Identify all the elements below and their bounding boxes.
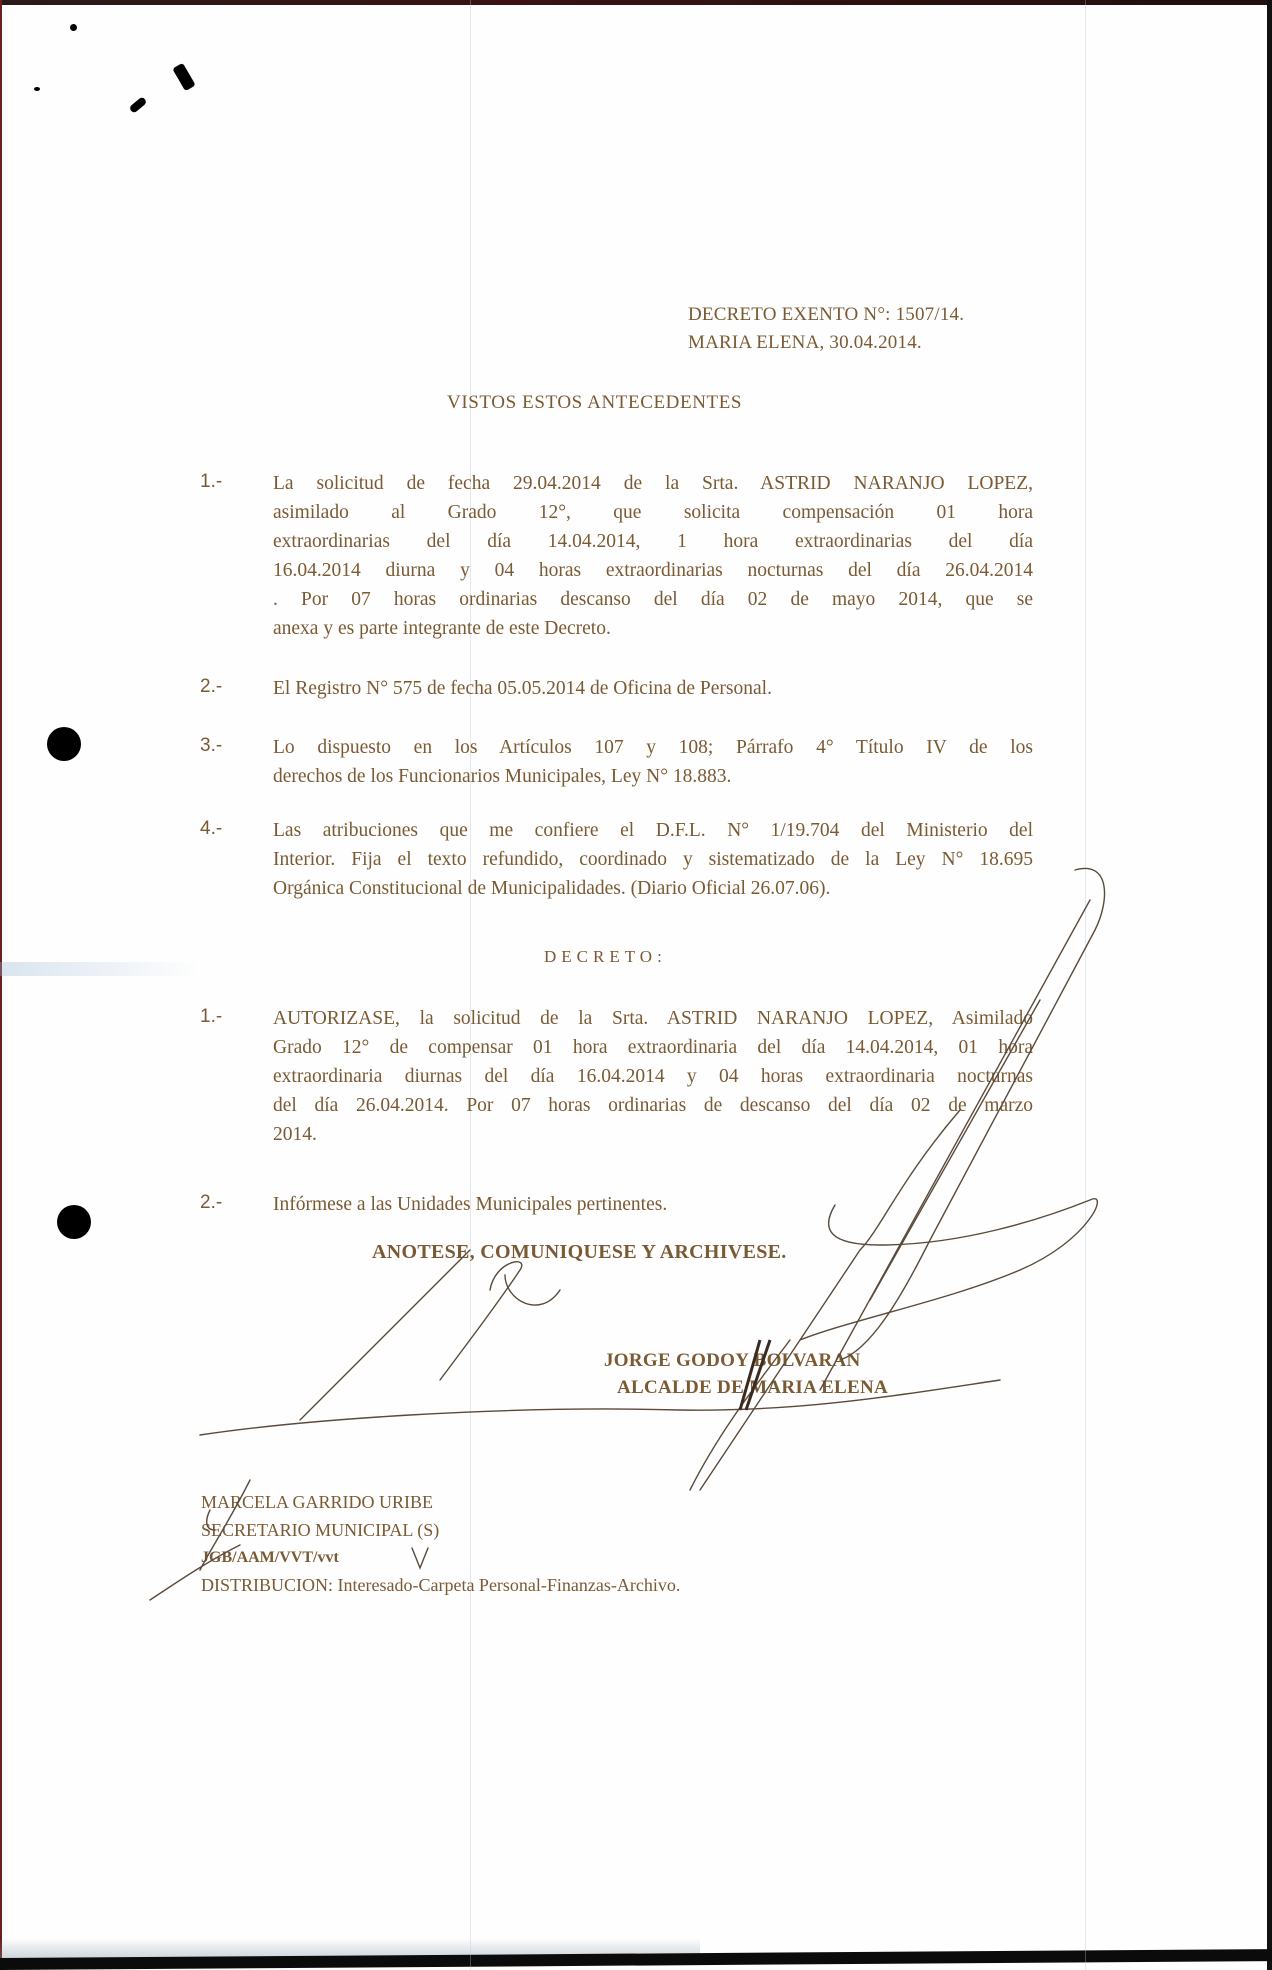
item-line: del día 26.04.2014. Por 07 horas ordinar…: [273, 1091, 1033, 1120]
item-line: asimilado al Grado 12°, que solicita com…: [273, 498, 1033, 527]
punch-hole: [47, 727, 81, 761]
mayor-name: JORGE GODOY BOLVARAN: [604, 1350, 861, 1372]
item-line: La solicitud de fecha 29.04.2014 de la S…: [273, 469, 1033, 498]
item-number: 1.-: [200, 1006, 222, 1028]
decreto-heading: DECRETO:: [544, 947, 667, 967]
item-number: 2.-: [200, 676, 222, 698]
item-line: derechos de los Funcionarios Municipales…: [273, 762, 1033, 791]
ink-speck: [34, 87, 40, 91]
scan-border-top: [0, 0, 1272, 5]
item-line: Infórmese a las Unidades Municipales per…: [273, 1190, 1033, 1219]
place-date: MARIA ELENA, 30.04.2014.: [688, 332, 922, 354]
ink-speck: [70, 24, 77, 31]
item-line: Las atribuciones que me confiere el D.F.…: [273, 816, 1033, 845]
item-number: 3.-: [200, 735, 222, 757]
decree-label: DECRETO EXENTO N°:: [688, 304, 891, 325]
secretary-title: SECRETARIO MUNICIPAL (S): [201, 1518, 439, 1542]
item-line: Interior. Fija el texto refundido, coord…: [273, 845, 1033, 874]
item-line: Orgánica Constitucional de Municipalidad…: [273, 874, 1033, 903]
item-line: Lo dispuesto en los Artículos 107 y 108;…: [273, 733, 1033, 762]
item-line: Grado 12° de compensar 01 hora extraordi…: [273, 1033, 1033, 1062]
item-line: El Registro N° 575 de fecha 05.05.2014 d…: [273, 674, 1033, 703]
secretary-name: MARCELA GARRIDO URIBE: [201, 1490, 433, 1514]
initials: JGB/AAM/VVT/vvt: [201, 1546, 339, 1570]
handwritten-signatures: [0, 0, 1272, 1970]
item-line: extraordinarias del día 14.04.2014, 1 ho…: [273, 527, 1033, 556]
closing-formula: ANOTESE, COMUNIQUESE Y ARCHIVESE.: [372, 1241, 787, 1264]
punch-hole: [57, 1205, 91, 1239]
scan-line: [1085, 0, 1086, 1970]
decree-number-line: DECRETO EXENTO N°: 1507/14.: [688, 304, 964, 326]
scan-streak: [0, 962, 200, 976]
item-body: AUTORIZASE, la solicitud de la Srta. AST…: [273, 1004, 1033, 1149]
item-line: anexa y es parte integrante de este Decr…: [273, 614, 1033, 643]
item-body: Lo dispuesto en los Artículos 107 y 108;…: [273, 733, 1033, 791]
scanned-decree-page: DECRETO EXENTO N°: 1507/14. MARIA ELENA,…: [0, 0, 1272, 1970]
scan-line: [470, 0, 471, 1970]
decree-number: 1507/14.: [896, 304, 965, 325]
ink-speck: [129, 96, 148, 114]
vistos-heading: VISTOS ESTOS ANTECEDENTES: [447, 392, 742, 414]
item-number: 1.-: [200, 471, 222, 493]
item-body: Las atribuciones que me confiere el D.F.…: [273, 816, 1033, 903]
item-body: La solicitud de fecha 29.04.2014 de la S…: [273, 469, 1033, 643]
item-line: extraordinaria diurnas del día 16.04.201…: [273, 1062, 1033, 1091]
scan-border-right: [1267, 0, 1272, 1970]
item-body: Infórmese a las Unidades Municipales per…: [273, 1190, 1033, 1219]
ink-speck: [172, 63, 195, 92]
scan-border-left: [0, 0, 2, 1970]
item-body: El Registro N° 575 de fecha 05.05.2014 d…: [273, 674, 1033, 703]
distribution: DISTRIBUCION: Interesado-Carpeta Persona…: [201, 1573, 680, 1597]
item-line: 2014.: [273, 1120, 1033, 1149]
item-number: 4.-: [200, 818, 222, 840]
item-line: . Por 07 horas ordinarias descanso del d…: [273, 585, 1033, 614]
item-line: 16.04.2014 diurna y 04 horas extraordina…: [273, 556, 1033, 585]
item-line: AUTORIZASE, la solicitud de la Srta. AST…: [273, 1004, 1033, 1033]
mayor-title: ALCALDE DE MARIA ELENA: [617, 1377, 888, 1399]
item-number: 2.-: [200, 1192, 222, 1214]
